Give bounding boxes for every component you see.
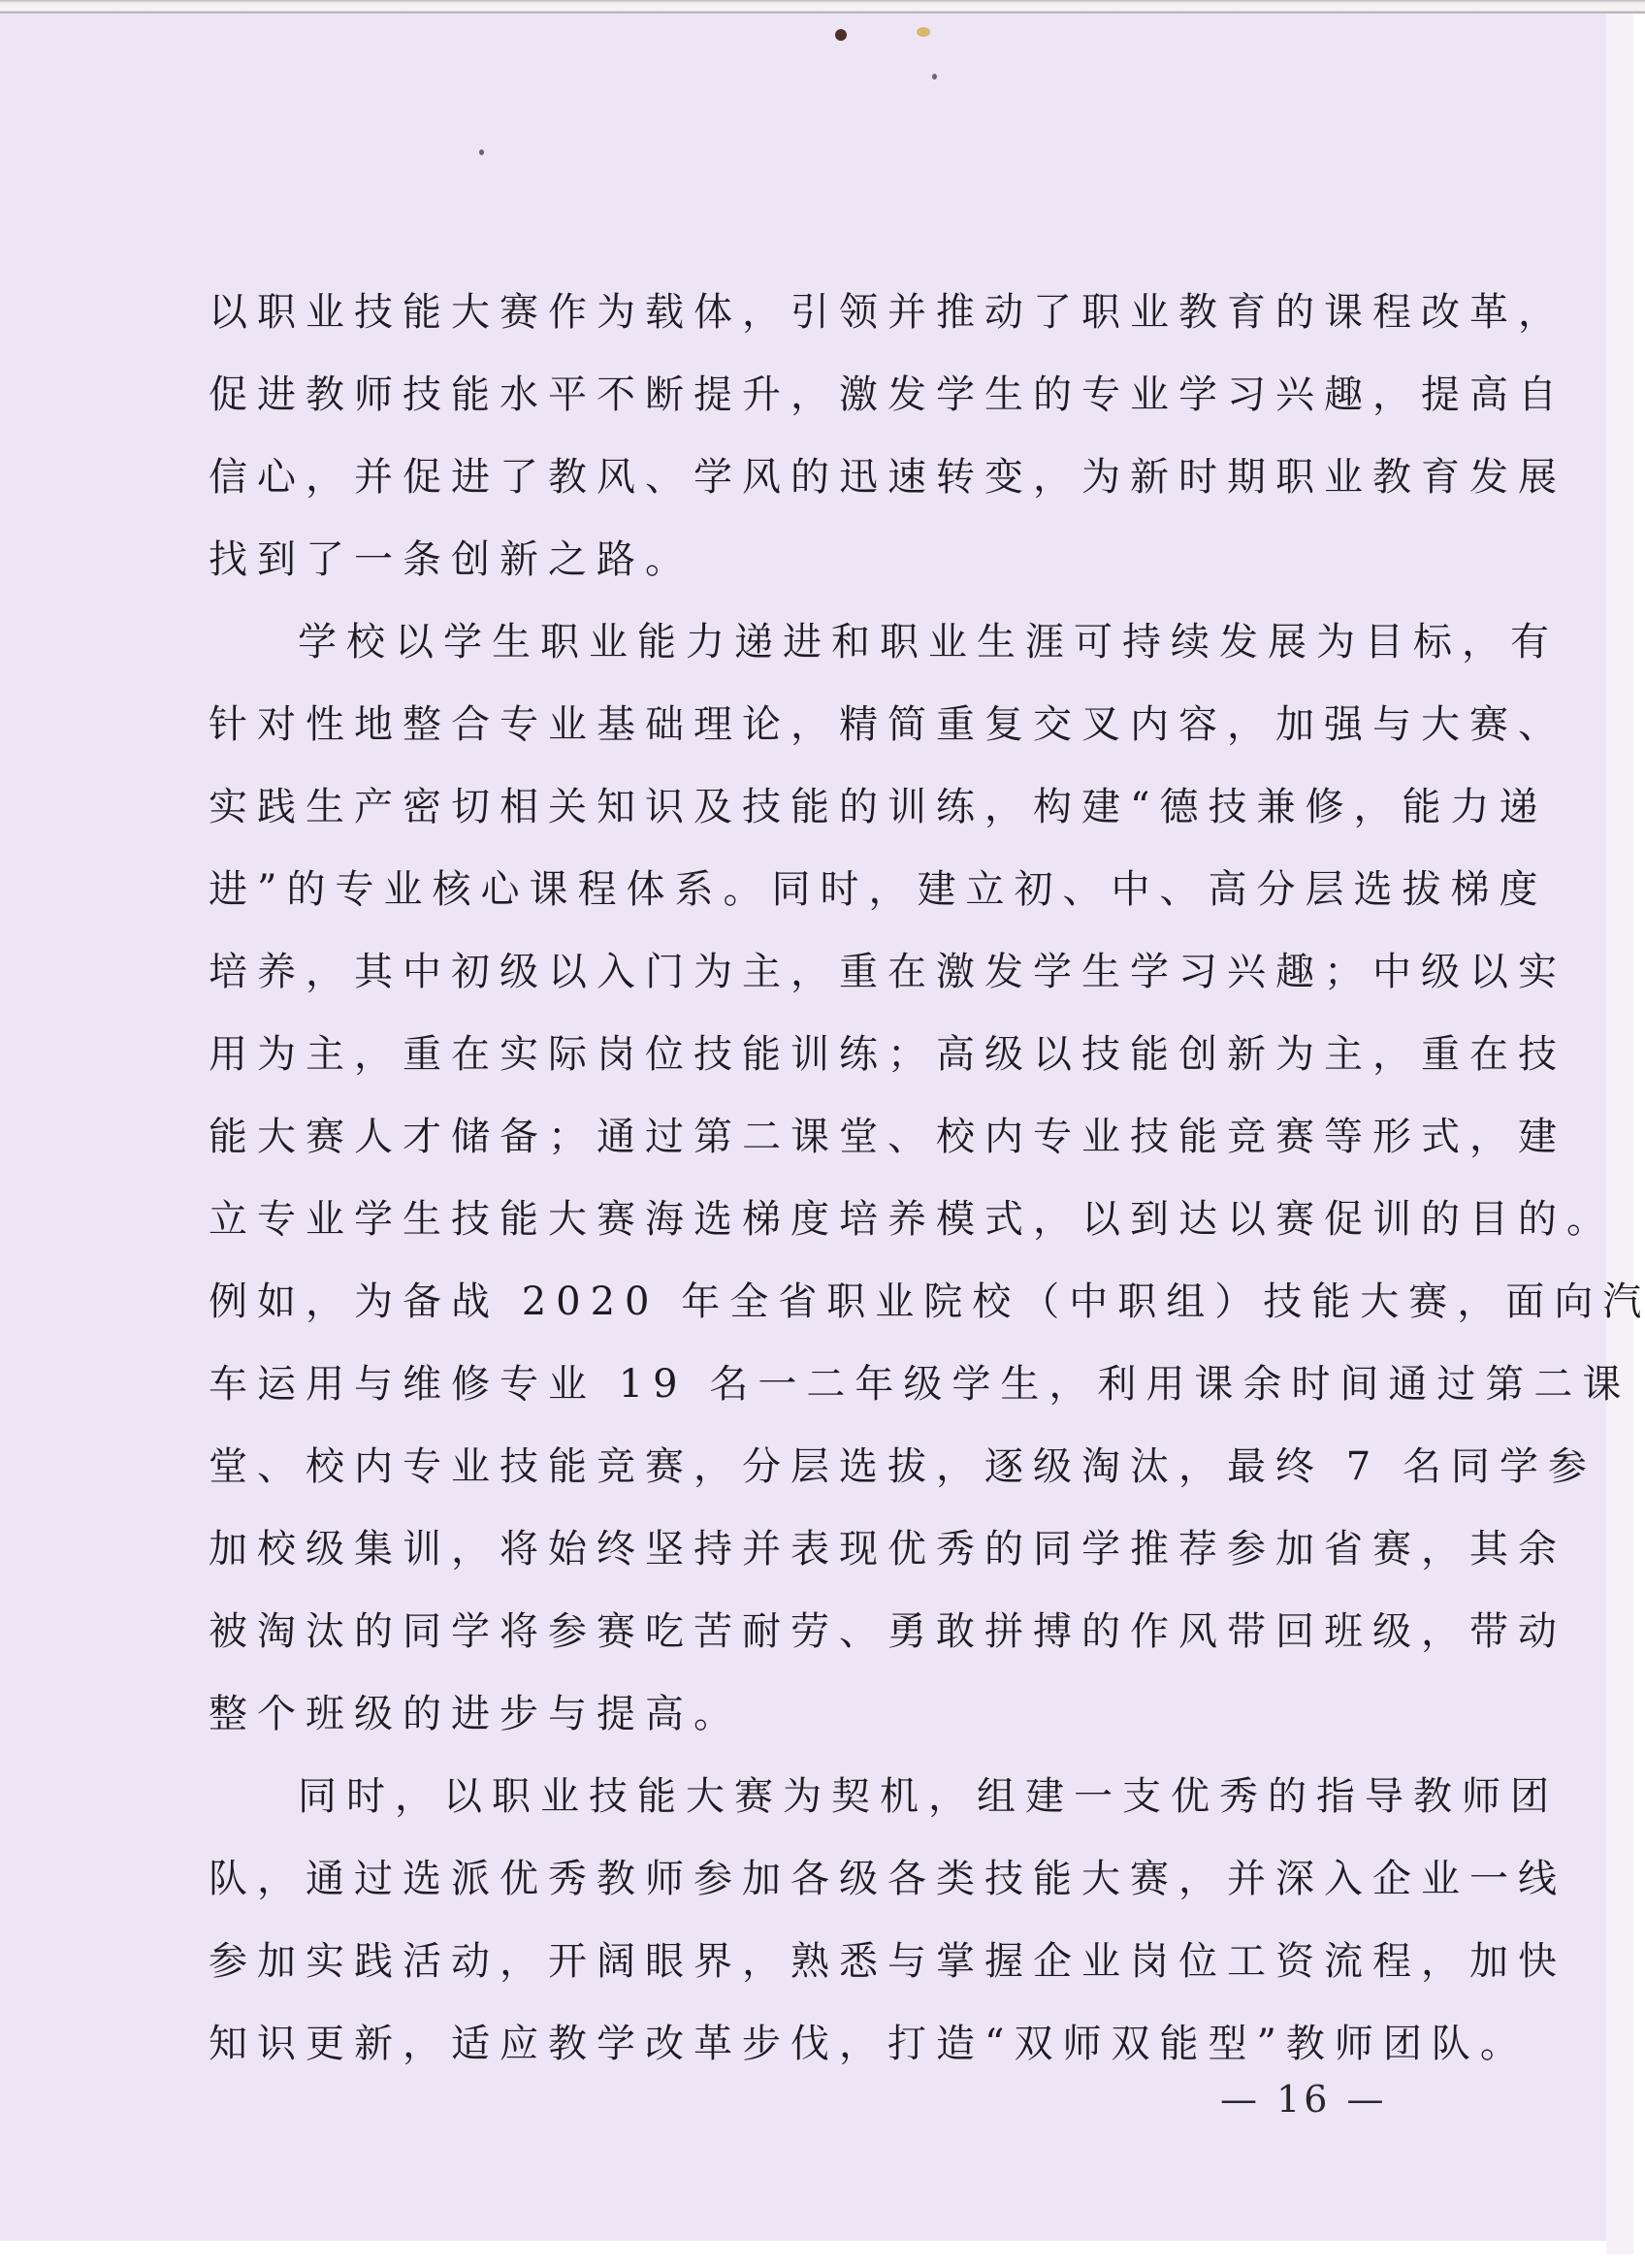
paragraph: 学校以学生职业能力递进和职业生涯可持续发展为目标，有 针对性地整合专业基础理论，… (209, 601, 1431, 1756)
paragraph: 以职业技能大赛作为载体，引领并推动了职业教育的课程改革， 促进教师技能水平不断提… (209, 272, 1431, 601)
text-line: 堂、校内专业技能竞赛，分层选拔，逐级淘汰，最终 7 名同学参 (209, 1426, 1431, 1508)
paper-speck (479, 149, 484, 155)
text-line: 用为主，重在实际岗位技能训练；高级以技能创新为主，重在技 (209, 1014, 1431, 1096)
paper-speck (835, 29, 847, 41)
text-line: 针对性地整合专业基础理论，精简重复交叉内容，加强与大赛、 (209, 684, 1431, 766)
text-line: 立专业学生技能大赛海选梯度培养模式，以到达以赛促训的目的。 (209, 1179, 1431, 1261)
text-line: 信心，并促进了教风、学风的迅速转变，为新时期职业教育发展 (209, 437, 1431, 519)
text-line: 队，通过选派优秀教师参加各级各类技能大赛，并深入企业一线 (209, 1838, 1431, 1921)
text-line: 以职业技能大赛作为载体，引领并推动了职业教育的课程改革， (209, 272, 1431, 354)
text-line: 促进教师技能水平不断提升，激发学生的专业学习兴趣，提高自 (209, 354, 1431, 437)
paper-speck (917, 27, 930, 37)
page-number: — 16 — (1220, 2078, 1388, 2121)
text-line: 找到了一条创新之路。 (209, 519, 1431, 601)
text-line: 参加实践活动，开阔眼界，熟悉与掌握企业岗位工资流程，加快 (209, 1921, 1431, 2003)
text-line: 能大赛人才储备；通过第二课堂、校内专业技能竞赛等形式，建 (209, 1096, 1431, 1179)
text-line: 加校级集训，将始终坚持并表现优秀的同学推荐参加省赛，其余 (209, 1508, 1431, 1591)
text-line: 培养，其中初级以入门为主，重在激发学生学习兴趣；中级以实 (209, 931, 1431, 1014)
text-line: 车运用与维修专业 19 名一二年级学生，利用课余时间通过第二课 (209, 1344, 1431, 1426)
text-line: 整个班级的进步与提高。 (209, 1673, 1431, 1756)
text-line: 同时，以职业技能大赛为契机，组建一支优秀的指导教师团 (209, 1756, 1431, 1838)
paper-speck (932, 74, 937, 80)
scan-top-edge (0, 0, 1645, 14)
text-line: 被淘汰的同学将参赛吃苦耐劳、勇敢拼搏的作风带回班级，带动 (209, 1591, 1431, 1673)
text-line: 实践生产密切相关知识及技能的训练，构建“德技兼修，能力递 (209, 766, 1431, 849)
document-page: 以职业技能大赛作为载体，引领并推动了职业教育的课程改革， 促进教师技能水平不断提… (0, 14, 1606, 2241)
body-text: 以职业技能大赛作为载体，引领并推动了职业教育的课程改革， 促进教师技能水平不断提… (209, 272, 1431, 2086)
text-line: 学校以学生职业能力递进和职业生涯可持续发展为目标，有 (209, 601, 1431, 684)
text-line: 知识更新，适应教学改革步伐，打造“双师双能型”教师团队。 (209, 2003, 1431, 2086)
scan-right-edge (1606, 14, 1633, 2254)
text-line: 进”的专业核心课程体系。同时，建立初、中、高分层选拔梯度 (209, 849, 1431, 931)
paragraph: 同时，以职业技能大赛为契机，组建一支优秀的指导教师团 队，通过选派优秀教师参加各… (209, 1756, 1431, 2086)
text-line: 例如，为备战 2020 年全省职业院校（中职组）技能大赛，面向汽 (209, 1261, 1431, 1344)
